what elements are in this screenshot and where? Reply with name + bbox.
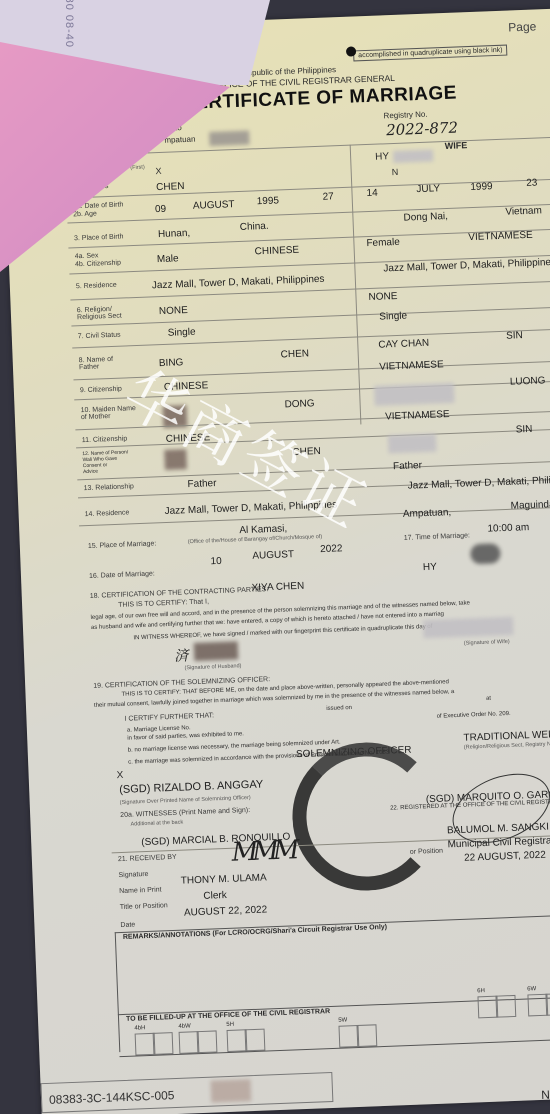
husband-pob-province: China. xyxy=(240,221,269,233)
label-relationship: 13. Relationship xyxy=(84,483,134,492)
husband-dob-day: 09 xyxy=(155,204,167,215)
wife-mother-last: LUONG xyxy=(510,375,546,387)
received-signature-label: Signature xyxy=(118,871,148,879)
code-box xyxy=(153,1032,174,1055)
cert19-at: at xyxy=(486,696,491,702)
received-date: AUGUST 22, 2022 xyxy=(184,904,268,918)
wife-relationship: Father xyxy=(393,460,422,472)
redacted-block xyxy=(423,617,514,638)
wife-last-initial: N xyxy=(392,167,399,177)
marriage-day: 10 xyxy=(210,556,222,567)
label-date-of-marriage: 16. Date of Marriage: xyxy=(89,570,155,580)
page-label: Page xyxy=(508,19,537,34)
wife-religion: NONE xyxy=(368,291,397,303)
husband-father-last: CHEN xyxy=(280,348,309,360)
label-pob: 3. Place of Birth xyxy=(74,233,124,242)
husband-first-name: X xyxy=(155,166,161,176)
label-place-of-marriage: 15. Place of Marriage: xyxy=(88,540,157,550)
received-position: Clerk xyxy=(203,890,227,902)
cert18-heading: 18. CERTIFICATION OF THE CONTRACTING PAR… xyxy=(90,586,269,600)
cert18-line1: THIS IS TO CERTIFY: That I, xyxy=(118,598,209,608)
husband-pob-city: Hunan, xyxy=(158,228,191,240)
witnesses-heading: 20a. WITNESSES (Print Name and Sign): xyxy=(120,807,250,819)
redacted-block xyxy=(374,383,455,406)
cert19-issued-on: issued on xyxy=(326,705,352,712)
code-box xyxy=(245,1029,266,1052)
received-name-label: Name in Print xyxy=(119,886,162,895)
label-father: 8. Name of Father xyxy=(79,356,114,371)
redacted-block xyxy=(470,543,501,564)
wife-column-label: WIFE xyxy=(445,140,468,151)
redacted-block xyxy=(388,434,437,454)
husband-last-name: CHEN xyxy=(156,181,185,193)
redacted-block xyxy=(210,1079,251,1103)
marriage-year: 2022 xyxy=(320,543,343,555)
wife-mother-citizenship: VIETNAMESE xyxy=(385,409,450,422)
husband-residence: Jazz Mall, Tower D, Makati, Philippines xyxy=(152,274,325,292)
handwritten-note: TC80 08-40 xyxy=(63,0,75,48)
code-box xyxy=(197,1030,218,1053)
received-signature: MMM xyxy=(231,835,294,867)
label-time-of-marriage: 17. Time of Marriage: xyxy=(404,532,470,542)
watermark-text: 华商签证 xyxy=(111,344,386,546)
label-age: 2b. Age xyxy=(73,210,97,218)
husband-religion: NONE xyxy=(159,305,188,317)
code-label: 4bH xyxy=(134,1025,145,1031)
wife-first-name: HY xyxy=(375,151,389,163)
cert18-wife-name: HY xyxy=(423,562,437,574)
registry-number: 2022-872 xyxy=(386,118,459,139)
registry-label: Registry No. xyxy=(383,110,427,121)
cert19-line3: I CERTIFY FURTHER THAT: xyxy=(124,712,214,722)
marriage-time: 10:00 am xyxy=(487,522,529,535)
officer-caption: (Signature Over Printed Name of Solemniz… xyxy=(120,795,251,806)
code-label: 4bW xyxy=(178,1023,191,1029)
sublabel-first: (First) xyxy=(130,165,145,172)
wife-sex: Female xyxy=(366,237,400,249)
husband-citizenship: CHINESE xyxy=(254,245,299,258)
official-seal-stamp xyxy=(290,740,444,894)
marriage-month: AUGUST xyxy=(252,549,294,562)
received-title-label: Title or Position xyxy=(120,902,168,911)
wife-father-last: SIN xyxy=(506,330,523,342)
code-label: 5W xyxy=(338,1017,347,1023)
label-residence: 5. Residence xyxy=(76,282,117,291)
x-mark: X xyxy=(116,770,123,781)
husband-signature: 済 xyxy=(174,645,189,666)
wife-father-citizenship: VIETNAMESE xyxy=(379,359,444,372)
code-label: 6H xyxy=(477,988,485,994)
cert18-husband-name: XIYA CHEN xyxy=(251,581,304,594)
sig-wife-caption: (Signature of Wife) xyxy=(464,639,510,647)
registered-position-label: or Position xyxy=(410,848,443,856)
received-name: THONY M. ULAMA xyxy=(181,872,267,886)
label-religion: 6. Religion/ Religious Sect xyxy=(77,306,122,322)
marriage-place-office: Al Kamasi, xyxy=(239,523,287,536)
wife-consent-last: SIN xyxy=(516,424,533,436)
label-civil-status: 7. Civil Status xyxy=(78,332,121,341)
wife-dob-year: 1999 xyxy=(470,181,493,193)
footer-partial-3: National xyxy=(541,1086,550,1102)
husband-civil-status: Single xyxy=(168,327,196,339)
redacted-block xyxy=(209,131,250,147)
witnesses-sub: Additional at the back xyxy=(130,820,183,828)
code-box xyxy=(545,993,550,1016)
received-heading: 21. RECEIVED BY xyxy=(118,854,177,863)
code-label: 6W xyxy=(527,986,536,992)
wife-father-first: CAY CHAN xyxy=(378,338,429,351)
husband-relationship: Father xyxy=(187,478,216,490)
cert19-a: a. Marriage License No. xyxy=(127,725,191,733)
instruction-note: accomplished in quadruplicate using blac… xyxy=(353,45,508,62)
sublabel-office: (Office of the/House of Barangay of/Chur… xyxy=(188,534,323,545)
wife-age: 23 xyxy=(526,177,538,188)
marriage-place-province: Maguindanao xyxy=(510,498,550,511)
cert19-a3: of Executive Order No. 209. xyxy=(437,711,511,720)
label-residence-14: 14. Residence xyxy=(85,509,130,518)
label-father-citizenship: 9. Citizenship xyxy=(80,386,122,395)
wife-pob-city: Dong Nai, xyxy=(403,211,448,224)
redacted-block xyxy=(393,149,433,163)
label-citizenship: 4b. Citizenship xyxy=(75,260,121,269)
code-box xyxy=(495,995,516,1018)
wife-citizenship: VIETNAMESE xyxy=(468,230,533,243)
label-consent: 12. Name of Person/ Wali Who Gave Consen… xyxy=(82,449,129,475)
officer-name: (SGD) RIZALDO B. ANGGAY xyxy=(119,778,263,796)
wife-pob-country: Vietnam xyxy=(505,205,542,217)
wife-residence-14: Jazz Mall, Tower D, Makati, Philippin xyxy=(408,474,550,491)
sig-husband-caption: (Signature of Husband) xyxy=(185,663,242,671)
label-mother-citizenship: 11. Citizenship xyxy=(82,435,128,444)
husband-dob-month: AUGUST xyxy=(193,199,235,212)
label-sex: 4a. Sex xyxy=(75,252,99,260)
husband-mother-last: DONG xyxy=(284,398,314,410)
redacted-block xyxy=(194,641,239,661)
husband-sex: Male xyxy=(157,253,179,265)
registered-date: 22 AUGUST, 2022 xyxy=(464,850,546,864)
code-box xyxy=(356,1024,377,1047)
code-label: 5H xyxy=(226,1022,234,1028)
wife-dob-month: JULY xyxy=(416,183,440,195)
marriage-place-city: Ampatuan, xyxy=(403,507,452,520)
wife-dob-day: 14 xyxy=(366,188,378,199)
husband-age: 27 xyxy=(322,191,334,202)
received-date-label: Date xyxy=(120,921,135,929)
husband-dob-year: 1995 xyxy=(257,195,280,207)
wife-civil-status: Single xyxy=(379,311,407,323)
